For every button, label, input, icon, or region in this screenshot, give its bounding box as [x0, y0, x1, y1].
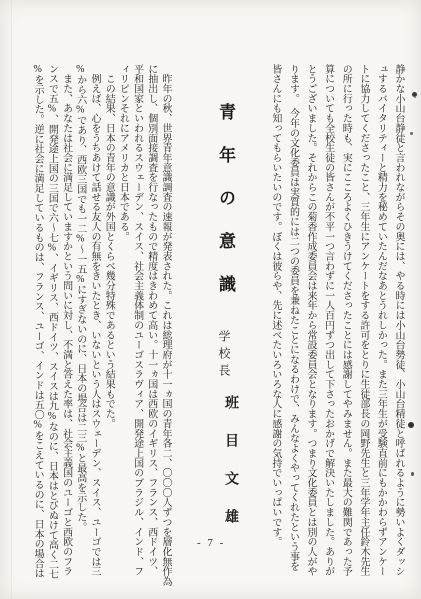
- scanned-document-page: 静かな小山台静徒と言われながらその奥には、やる時には小山台勢徒、小山台精徒と呼ば…: [0, 0, 421, 599]
- text-column: 例えば、心をうちあけて話せる友人の有無をきいたとき、いないという人はスウェーデン…: [87, 64, 101, 584]
- scan-speck: [410, 132, 413, 135]
- text-column: 皆さんにも知ってもらいたいのです。ぼくは彼らや、先に述べたいろいろな人に感謝の気…: [266, 64, 284, 584]
- text-column: に抽出し、個別面接調査を行なったもので精度はきわめて高い。十一ヵ国は西欧のイギリ…: [144, 64, 158, 584]
- text-column: 算についても全校生徒の皆さんが不平一つ言わずに一人百円ずつ出して下さったおかげで…: [319, 64, 337, 584]
- scan-speck: [411, 472, 414, 476]
- text-column: 静かな小山台静徒と言われながらその奥には、やる時には小山台勢徒、小山台精徒と呼ば…: [389, 64, 407, 584]
- text-column: ります。 今年の文化委員は実質的には二つの委員を兼ねたことになるわけで、みんなよ…: [284, 64, 302, 584]
- text-column: ンスで五%、開発途上国の三国で六〜七%、イギリス、西ドイツ、スイスは九%なのに、…: [44, 64, 58, 584]
- scan-fold-line: [11, 0, 12, 599]
- body-section: 昨年の秋、世界青年意識調査の速報が発表された。これは総理府が十一ヵ国の青年各二、…: [30, 64, 172, 584]
- text-column: %から六%であり、西欧三国でも一二%〜一五%にすぎないのに、日本の場合は二三%と…: [73, 64, 87, 584]
- text-column: ィリピンそれにアメリカと日本である。: [115, 64, 129, 584]
- text-column: 昨年の秋、世界青年意識調査の速報が発表された。これは総理府が十一ヵ国の青年各二、…: [158, 64, 172, 584]
- text-column: トに協力してくださったこと、三年生にアンケートをする許可をとりに生徒部長の岡野先…: [354, 64, 372, 584]
- author-role: 学校長: [216, 330, 233, 381]
- scan-speck: [414, 96, 416, 98]
- page-number: - 7 -: [197, 537, 225, 549]
- text-column: %を示した。逆に社会に満足しているものは、フランス、ユーゴ、インドは五〇%をこえ…: [30, 64, 44, 584]
- text-column: とうございました。それからこの菊香作成委員会は来年から常設委員会となります。つま…: [301, 64, 319, 584]
- scan-speck: [408, 422, 414, 428]
- author-name: 班目文雄: [220, 395, 240, 547]
- text-column: この結果、日本の青年の意識が外国とくらべ幾分特殊であるという結果もでた。: [101, 64, 115, 584]
- text-column: 平和国家といわれるスウェーデン、スイス、社会主義体制のユーゴスラヴィア、開発途上…: [129, 64, 143, 584]
- text-column: ュするバイタリティーと精力を秘めていたんだなあとうれしかった。また三年生が受験直…: [372, 64, 390, 584]
- text-column: また、あなたは社会に満足していますかという問いに対し、不満と答えた率は、社会主義…: [58, 64, 72, 584]
- text-column: の所に行った時も、実にこころよくひきうけてくださったことには感謝してやみません。…: [337, 64, 355, 584]
- closing-section: 静かな小山台静徒と言われながらその奥には、やる時には小山台勢徒、小山台精徒と呼ば…: [265, 64, 407, 584]
- article-title: 青年の意識: [213, 103, 238, 318]
